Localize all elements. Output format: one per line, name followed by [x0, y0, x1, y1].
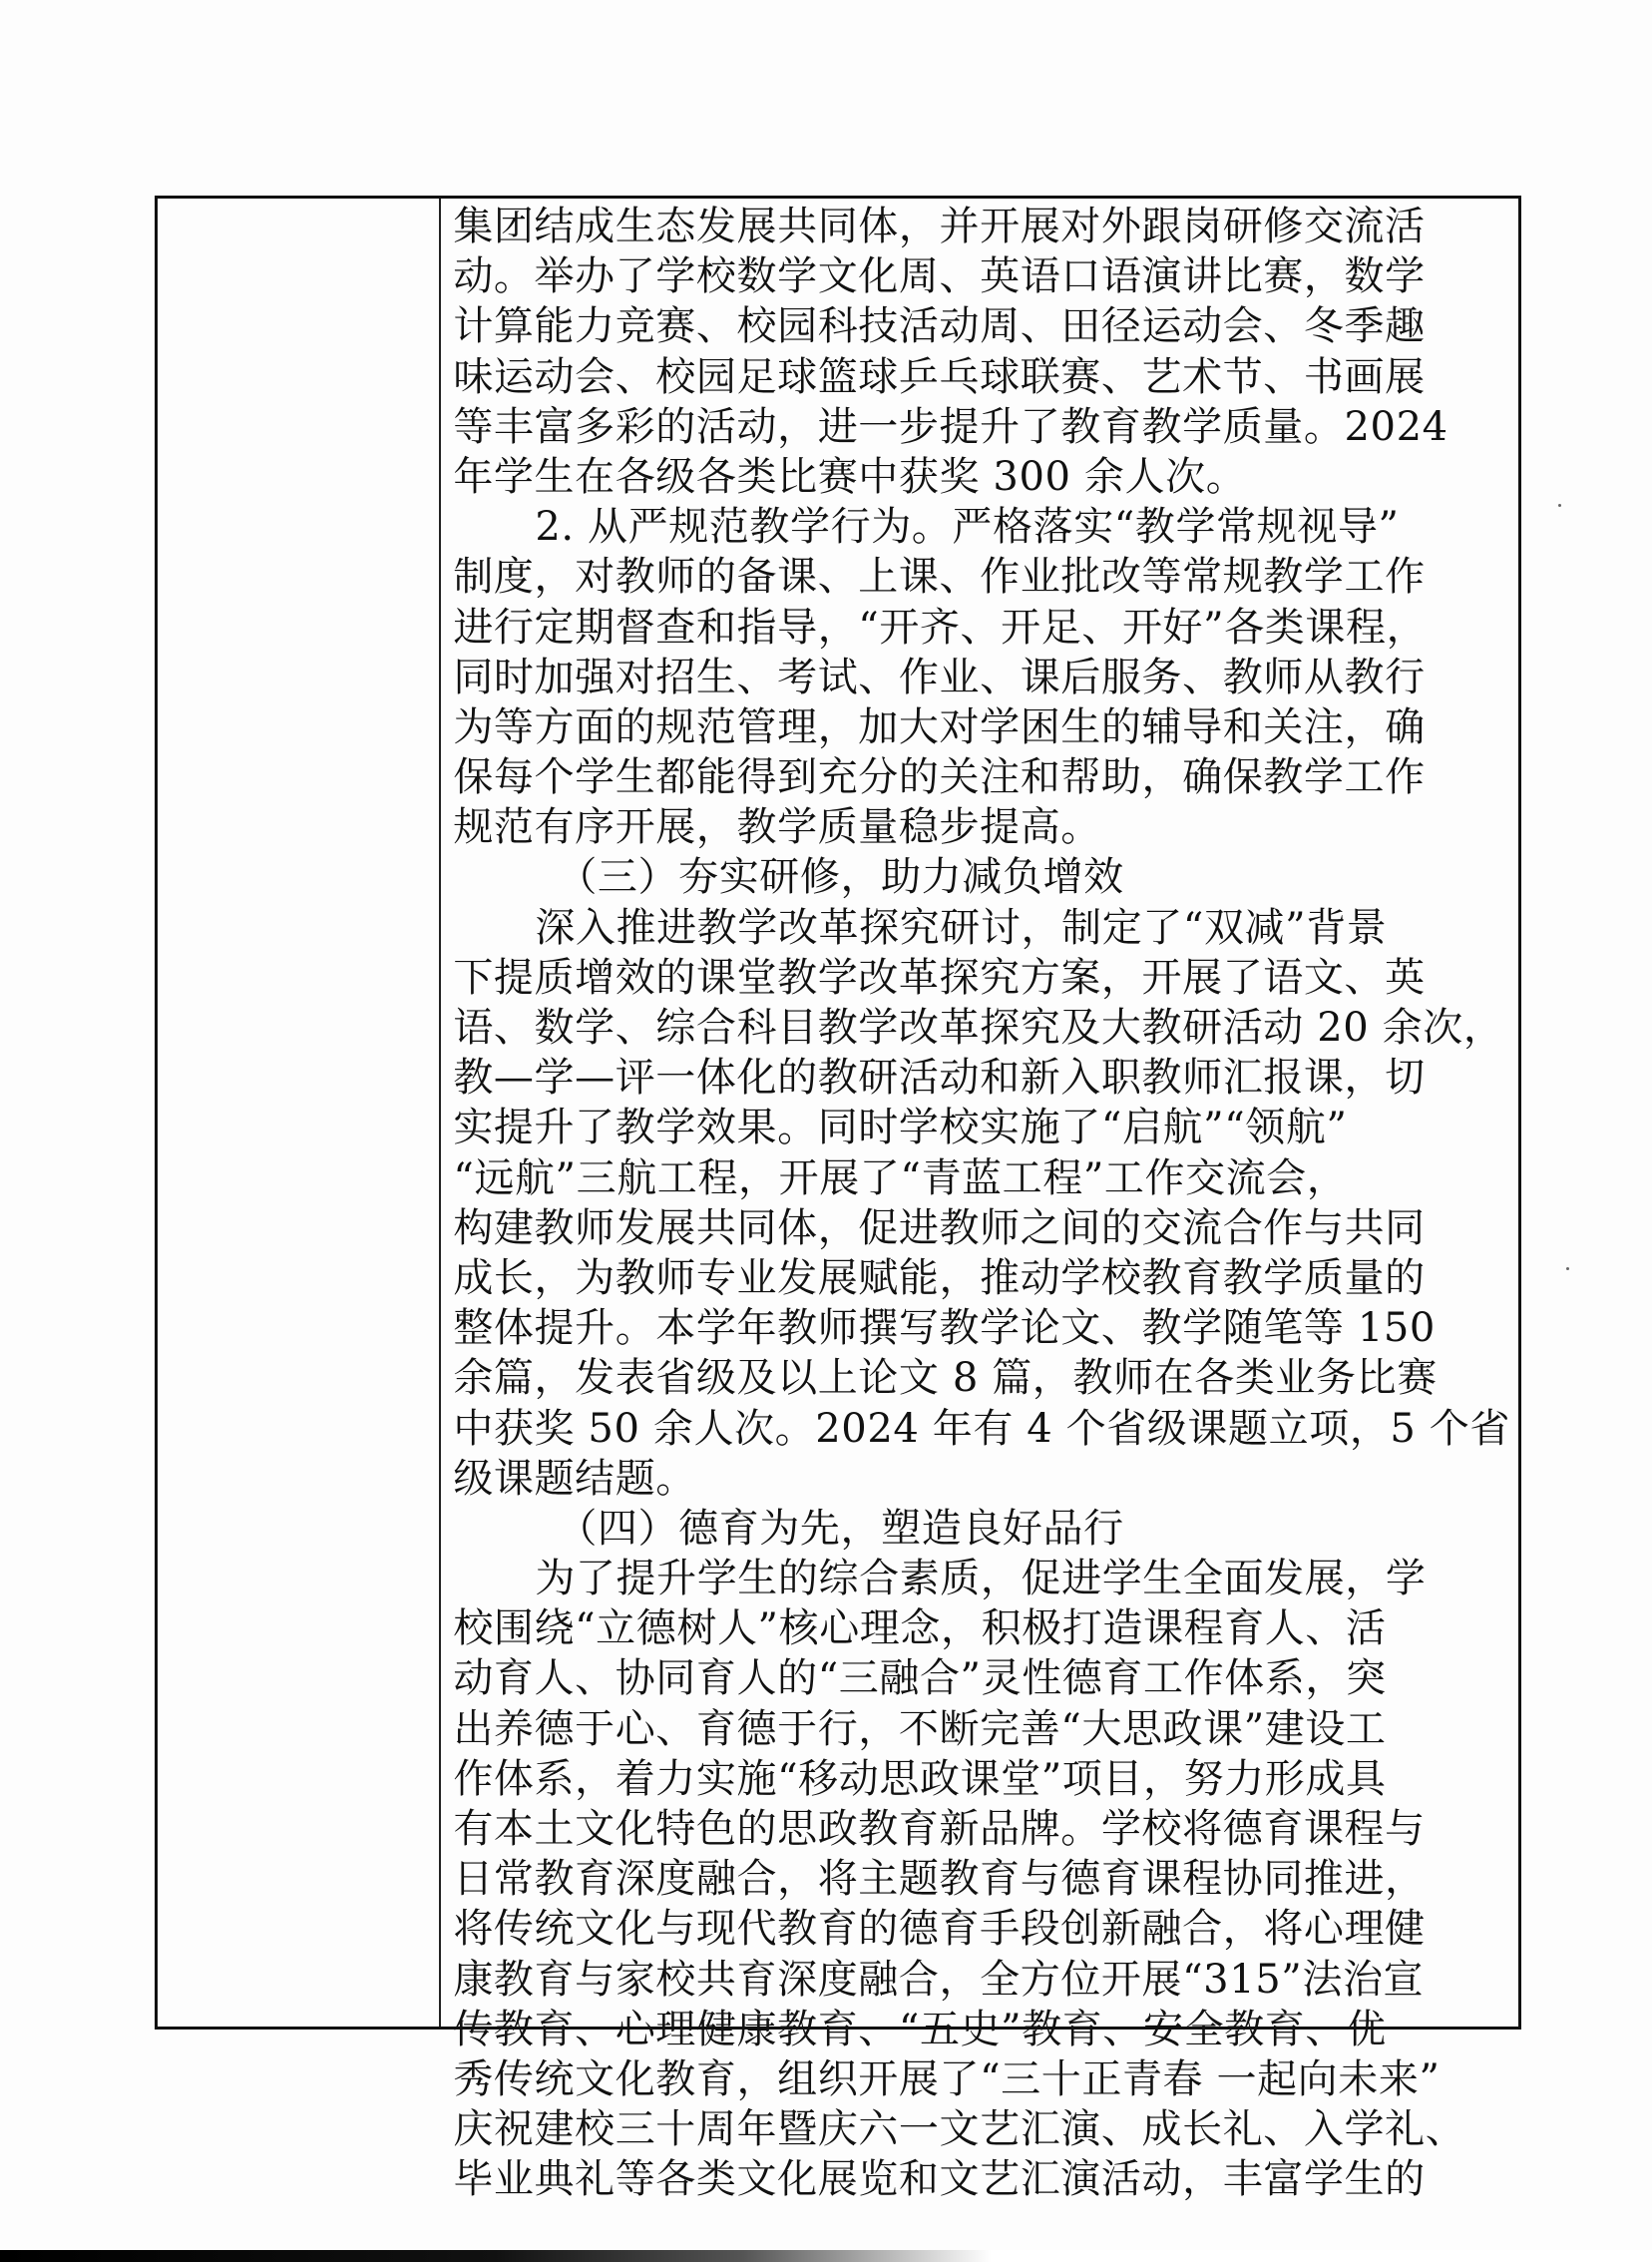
paragraph-line: 年学生在各级各类比赛中获奖 300 余人次。: [453, 452, 1510, 502]
section-heading: （三）夯实研修，助力减负增效: [453, 852, 1510, 902]
paragraph-line: 集团结成生态发展共同体，并开展对外跟岗研修交流活: [453, 202, 1510, 251]
paragraph-line: 动育人、协同育人的“三融合”灵性德育工作体系，突: [453, 1653, 1510, 1703]
scan-speck: [1558, 504, 1561, 507]
paragraph-line: 毕业典礼等各类文化展览和文艺汇演活动，丰富学生的: [453, 2154, 1510, 2204]
paragraph-line: 构建教师发展共同体，促进教师之间的交流合作与共同: [453, 1203, 1510, 1253]
paragraph-line: 有本土文化特色的思政教育新品牌。学校将德育课程与: [453, 1804, 1510, 1854]
paragraph-line: 实提升了教学效果。同时学校实施了“启航”“领航”: [453, 1103, 1510, 1152]
paragraph-line: 动。举办了学校数学文化周、英语口语演讲比赛，数学: [453, 251, 1510, 301]
paragraph-line: 日常教育深度融合，将主题教育与德育课程协同推进，: [453, 1854, 1510, 1904]
paragraph-line: 同时加强对招生、考试、作业、课后服务、教师从教行: [453, 653, 1510, 702]
paragraph-line: 秀传统文化教育，组织开展了“三十正青春 一起向未来”: [453, 2054, 1510, 2104]
paragraph-line: 为了提升学生的综合素质，促进学生全面发展，学: [453, 1554, 1510, 1603]
paragraph-line: 级课题结题。: [453, 1454, 1510, 1504]
paragraph-line: 中获奖 50 余人次。2024 年有 4 个省级课题立项，5 个省: [453, 1404, 1510, 1454]
paragraph-line: 计算能力竞赛、校园科技活动周、田径运动会、冬季趣: [453, 301, 1510, 351]
document-table: 集团结成生态发展共同体，并开展对外跟岗研修交流活动。举办了学校数学文化周、英语口…: [155, 196, 1521, 2030]
paragraph-line: 传教育、心理健康教育、“五史”教育、安全教育、优: [453, 2005, 1510, 2054]
paragraph-line: 康教育与家校共育深度融合，全方位开展“315”法治宣: [453, 1955, 1510, 2005]
paragraph-line: 庆祝建校三十周年暨庆六一文艺汇演、成长礼、入学礼、: [453, 2104, 1510, 2154]
table-left-column: [158, 199, 441, 2027]
paragraph-line: 作体系，着力实施“移动思政课堂”项目，努力形成具: [453, 1754, 1510, 1804]
scan-speck: [1566, 1267, 1569, 1270]
paragraph-line: 制度，对教师的备课、上课、作业批改等常规教学工作: [453, 552, 1510, 602]
paragraph-line: 进行定期督查和指导，“开齐、开足、开好”各类课程，: [453, 603, 1510, 653]
table-content-column: 集团结成生态发展共同体，并开展对外跟岗研修交流活动。举办了学校数学文化周、英语口…: [441, 199, 1518, 2027]
paragraph-line: 教—学—评一体化的教研活动和新入职教师汇报课，切: [453, 1053, 1510, 1103]
paragraph-line: 余篇，发表省级及以上论文 8 篇，教师在各类业务比赛: [453, 1353, 1510, 1403]
paragraph-line: 规范有序开展，教学质量稳步提高。: [453, 802, 1510, 852]
paragraph-line: 语、数学、综合科目教学改革探究及大教研活动 20 余次，: [453, 1003, 1510, 1053]
paragraph-line: 等丰富多彩的活动，进一步提升了教育教学质量。2024: [453, 402, 1510, 452]
paragraph-line: 下提质增效的课堂教学改革探究方案，开展了语文、英: [453, 953, 1510, 1003]
paragraph-line: 成长，为教师专业发展赋能，推动学校教育教学质量的: [453, 1253, 1510, 1303]
paragraph-line: 保每个学生都能得到充分的关注和帮助，确保教学工作: [453, 752, 1510, 802]
paragraph-line: 整体提升。本学年教师撰写教学论文、教学随笔等 150: [453, 1303, 1510, 1353]
paragraph-line: 校围绕“立德树人”核心理念，积极打造课程育人、活: [453, 1603, 1510, 1653]
paragraph-line: 味运动会、校园足球篮球乒乓球联赛、艺术节、书画展: [453, 352, 1510, 402]
paragraph-line: 深入推进教学改革探究研讨，制定了“双减”背景: [453, 903, 1510, 953]
scan-edge-bar: [0, 2250, 1652, 2262]
section-heading: （四）德育为先，塑造良好品行: [453, 1504, 1510, 1554]
paragraph-line: 出养德于心、育德于行，不断完善“大思政课”建设工: [453, 1704, 1510, 1754]
paragraph-line: 2. 从严规范教学行为。严格落实“教学常规视导”: [453, 502, 1510, 552]
paragraph-line: “远航”三航工程，开展了“青蓝工程”工作交流会，: [453, 1153, 1510, 1203]
paragraph-line: 为等方面的规范管理，加大对学困生的辅导和关注，确: [453, 702, 1510, 752]
paragraph-line: 将传统文化与现代教育的德育手段创新融合，将心理健: [453, 1904, 1510, 1954]
